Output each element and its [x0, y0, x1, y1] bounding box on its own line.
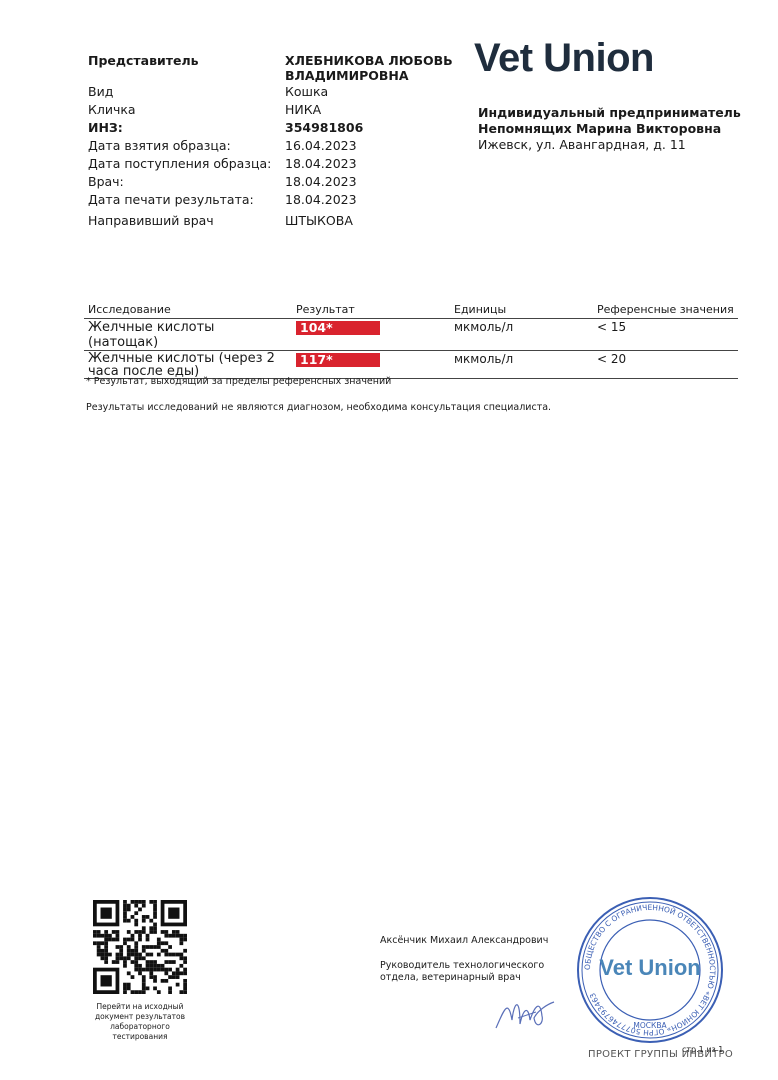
qr-caption: Перейти на исходный документ результатов…	[84, 1002, 196, 1042]
reference-value: < 20	[593, 351, 738, 379]
company-stamp: ОБЩЕСТВО С ОГРАНИЧЕННОЙ ОТВЕТСТВЕННОСТЬЮ…	[575, 895, 725, 1045]
disclaimer-note: Результаты исследований не являются диаг…	[86, 402, 551, 413]
column-header-units: Единицы	[450, 303, 593, 319]
table-row: Желчные кислоты (натощак) 104* мкмоль/л …	[84, 319, 738, 351]
info-label: Врач:	[88, 174, 124, 189]
asterisk-note: * Результат, выходящий за пределы рефере…	[86, 376, 391, 387]
vet-union-logo: Vet Union	[474, 36, 654, 81]
column-header-test: Исследование	[84, 303, 292, 319]
info-value: Кошка	[285, 84, 328, 99]
info-label: Кличка	[88, 102, 136, 117]
table-header-row: Исследование Результат Единицы Референсн…	[84, 303, 738, 319]
column-header-result: Результат	[292, 303, 450, 319]
result-value-flagged: 117*	[296, 353, 380, 367]
info-label: ИНЗ:	[88, 120, 123, 135]
svg-text:МОСКВА: МОСКВА	[633, 1021, 667, 1030]
column-header-reference: Референсные значения	[593, 303, 738, 319]
info-value: 18.04.2023	[285, 192, 357, 207]
organization-name: Индивидуальный предприниматель Непомнящи…	[478, 105, 741, 137]
reference-value: < 15	[593, 319, 738, 351]
info-label: Дата поступления образца:	[88, 156, 271, 171]
org-line-1: Индивидуальный предприниматель	[478, 105, 741, 121]
info-value: 16.04.2023	[285, 138, 357, 153]
signer-name: Аксёнчик Михаил Александрович	[380, 935, 548, 946]
info-value: ШТЫКОВА	[285, 213, 353, 228]
organization-address: Ижевск, ул. Авангардная, д. 11	[478, 137, 686, 152]
info-value: 18.04.2023	[285, 156, 357, 171]
test-name: Желчные кислоты (натощак)	[84, 319, 292, 351]
info-value: 354981806	[285, 120, 363, 135]
svg-text:Vet Union: Vet Union	[599, 955, 700, 980]
result-value-flagged: 104*	[296, 321, 380, 335]
test-name: Желчные кислоты (через 2 часа после еды)	[84, 351, 292, 379]
info-label: Дата взятия образца:	[88, 138, 231, 153]
page-number: стр.1 из 1	[682, 1045, 723, 1054]
info-value: НИКА	[285, 102, 321, 117]
units: мкмоль/л	[450, 351, 593, 379]
info-value: 18.04.2023	[285, 174, 357, 189]
qr-code[interactable]	[93, 900, 187, 994]
info-value: ХЛЕБНИКОВА ЛЮБОВЬ ВЛАДИМИРОВНА	[285, 53, 455, 83]
result-cell: 104*	[292, 319, 450, 351]
results-table: Исследование Результат Единицы Референсн…	[84, 303, 738, 379]
signature-icon	[490, 990, 560, 1035]
result-cell: 117*	[292, 351, 450, 379]
org-line-2: Непомнящих Марина Викторовна	[478, 121, 741, 137]
info-label: Представитель	[88, 53, 199, 68]
info-label: Дата печати результата:	[88, 192, 254, 207]
units: мкмоль/л	[450, 319, 593, 351]
signer-position: Руководитель технологического отдела, ве…	[380, 960, 550, 984]
info-label: Вид	[88, 84, 113, 99]
info-label: Направивший врач	[88, 213, 214, 228]
table-row: Желчные кислоты (через 2 часа после еды)…	[84, 351, 738, 379]
